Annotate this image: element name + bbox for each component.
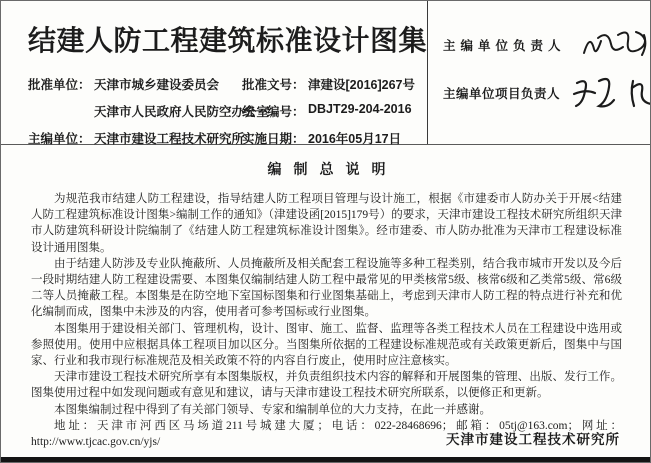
approval-metadata: 批准单位： 天津市城乡建设委员会 天津市人民政府人民防空办公室 主编单位： 天津… [28,75,427,147]
document-page: 结建人防工程建筑标准设计图集 批准单位： 天津市城乡建设委员会 天津市人民政府人… [0,0,651,463]
approval-unit-label-2 [28,102,94,120]
notes-paragraph-4: 天津市建设工程技术研究所享有本图集版权，并负责组织技术内容的解释和开展图集的管理… [31,369,622,401]
document-title: 结建人防工程建筑标准设计图集 [28,19,427,59]
chief-editor-signature-label: 主编单位负责人 [443,36,566,54]
notes-paragraph-2: 由于结建人防涉及专业队掩蔽所、人员掩蔽所及相关配套工程设施等多种工程类别，结合我… [31,256,622,321]
notes-paragraph-3: 本图集用于建设相关部门、管理机构，设计、图审、施工、监督、监理等各类工程技术人员… [31,321,622,370]
section-heading: 编制总说明 [31,159,622,179]
title-block-left: 结建人防工程建筑标准设计图集 批准单位： 天津市城乡建设委员会 天津市人民政府人… [1,1,428,144]
signature-panel: 主编单位负责人 主编单位项目负责人 [428,1,651,144]
general-notes-section: 编制总说明 为规范我市结建人防工程建设，指导结建人防工程项目管理与设计施工，根据… [1,145,650,422]
approval-unit-row: 批准单位： 天津市城乡建设委员会 [28,75,242,93]
signature-handwriting-icon-3 [626,73,651,113]
approval-doc-number-label: 批准文号： [242,75,308,93]
chief-editor-signature-row: 主编单位负责人 [443,21,651,69]
metadata-column-right: 批准文号： 津建设[2016]267号 统一编号： DBJT29-204-201… [242,75,415,147]
approval-unit-label: 批准单位： [28,75,94,93]
notes-paragraph-1: 为规范我市结建人防工程建设，指导结建人防工程项目管理与设计施工，根据《市建委市人… [31,191,622,256]
signature-handwriting-icon [576,25,651,65]
approval-doc-number-row: 批准文号： 津建设[2016]267号 [242,75,415,93]
project-leader-signature-label: 主编单位项目负责人 [443,84,560,102]
signature-handwriting-icon-2 [570,73,616,113]
bottom-rule [1,457,650,462]
unified-number-row: 统一编号： DBJT29-204-2016 [242,102,415,120]
title-block: 结建人防工程建筑标准设计图集 批准单位： 天津市城乡建设委员会 天津市人民政府人… [1,1,650,145]
approval-doc-number-value: 津建设[2016]267号 [308,75,415,93]
metadata-column-left: 批准单位： 天津市城乡建设委员会 天津市人民政府人民防空办公室 主编单位： 天津… [28,75,242,147]
project-leader-signature-row: 主编单位项目负责人 [443,69,651,117]
unified-number-value: DBJT29-204-2016 [308,102,412,120]
approval-unit-value: 天津市城乡建设委员会 [94,75,219,93]
footer-organization: 天津市建设工程技术研究所 [446,428,620,448]
unified-number-label: 统一编号： [242,102,308,120]
approval-unit-row-2: 天津市人民政府人民防空办公室 [28,102,242,120]
notes-paragraph-5: 本图集编制过程中得到了有关部门领导、专家和编制单位的大力支持，在此一并感谢。 [31,402,622,418]
